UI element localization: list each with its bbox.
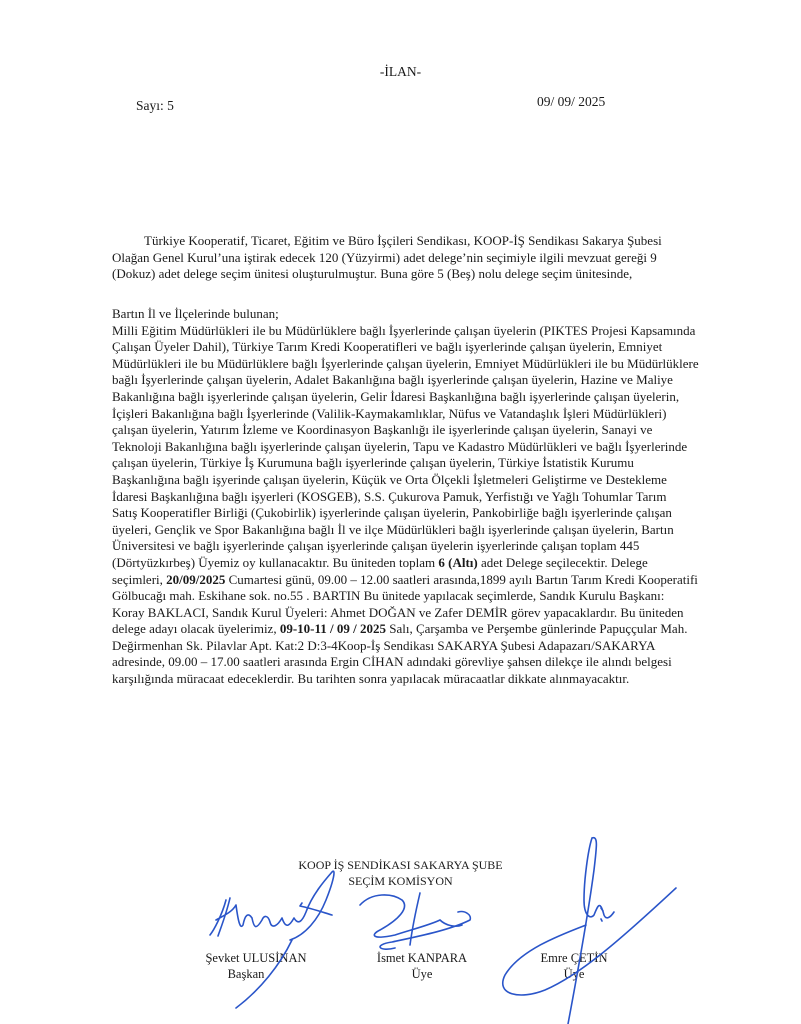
body-line: bağlı İşyerlerinde çalışan üyelerin, Ada… [112, 372, 732, 389]
body-line: İçişleri Bakanlığına bağlı İşyerlerinde … [112, 406, 732, 423]
body-line: Satış Kooperatifler Birliği (Çukobirlik)… [112, 505, 732, 522]
committee-org: KOOP İŞ SENDİKASI SAKARYA ŞUBE [0, 857, 801, 873]
intro-paragraph: Türkiye Kooperatif, Ticaret, Eğitim ve B… [112, 233, 732, 283]
body-line: çalışan üyelerin, Türkiye İş Kurumuna ba… [112, 455, 732, 472]
election-date-line: seçimleri, 20/09/2025 Cumartesi günü, 09… [112, 572, 732, 589]
election-date: 20/09/2025 [166, 572, 225, 587]
committee-header: KOOP İŞ SENDİKASI SAKARYA ŞUBE SEÇİM KOM… [0, 857, 801, 889]
body-line: Çalışan Üyeler Dahil), Türkiye Tarım Kre… [112, 339, 732, 356]
body-line: adresinde, 09.00 – 17.00 saatleri arasın… [112, 654, 732, 671]
application-date-line: delege adayı olacak üyelerimiz, 09-10-11… [112, 621, 732, 638]
member-third: Emre ÇETİN Üye [514, 950, 634, 982]
delegate-count-line: (Dörtyüzkırbeş) Üyemiz oy kullanacaktır.… [112, 555, 732, 572]
body-line: Üniversitesi ve bağlı işyerlerinde çalış… [112, 538, 732, 555]
application-dates: 09-10-11 / 09 / 2025 [280, 621, 386, 636]
document-number: Sayı: 5 [136, 98, 174, 114]
body-line: Gölbucağı mah. Eskihane sok. no.55 . BAR… [112, 588, 732, 605]
body-line: Başkanlığına bağlı işyerinde çalışan üye… [112, 472, 732, 489]
body-paragraph: Bartın İl ve İlçelerinde bulunan; Milli … [112, 306, 732, 688]
signature-president [210, 871, 334, 1008]
intro-line: Olağan Genel Kurul’una iştirak edecek 12… [112, 250, 732, 267]
body-line: karşılığında müracaat edeceklerdir. Bu t… [112, 671, 732, 688]
body-line: Milli Eğitim Müdürlükleri ile bu Müdürlü… [112, 323, 732, 340]
intro-line: Türkiye Kooperatif, Ticaret, Eğitim ve B… [112, 233, 732, 250]
member-name: Şevket ULUSİNAN [196, 950, 316, 966]
member-role: Üye [514, 966, 634, 982]
delegate-count: 6 (Altı) [438, 555, 477, 570]
body-line: Müdürlükleri ile bu Müdürlüklere bağlı İ… [112, 356, 732, 373]
member-name: İsmet KANPARA [362, 950, 482, 966]
body-line: Koray BAKLACI, Sandık Kurul Üyeleri: Ahm… [112, 605, 732, 622]
committee-title: SEÇİM KOMİSYON [0, 873, 801, 889]
body-line: üyeleri, Gençlik ve Spor Bakanlığına bağ… [112, 522, 732, 539]
body-line: çalışan üyelerin, Yatırım İzleme ve Koor… [112, 422, 732, 439]
intro-line: (Dokuz) adet delege seçim ünitesi oluştu… [112, 266, 732, 283]
body-line: Bartın İl ve İlçelerinde bulunan; [112, 306, 732, 323]
member-role: Üye [362, 966, 482, 982]
signature-member [360, 893, 470, 949]
member-president: Şevket ULUSİNAN Başkan [196, 950, 316, 982]
member-role: Başkan [196, 966, 316, 982]
body-line: Değirmenhan Sk. Pilavlar Apt. Kat:2 D:3-… [112, 638, 732, 655]
body-line: Bakanlığına bağlı işyerlerinde çalışan ü… [112, 389, 732, 406]
document-date: 09/ 09/ 2025 [537, 94, 605, 110]
document-title: -İLAN- [0, 64, 801, 80]
member-second: İsmet KANPARA Üye [362, 950, 482, 982]
body-line: İdaresi Başkanlığına bağlı işyerleri (KO… [112, 489, 732, 506]
body-line: Teknoloji Bakanlığına bağlı işyerlerinde… [112, 439, 732, 456]
member-name: Emre ÇETİN [514, 950, 634, 966]
